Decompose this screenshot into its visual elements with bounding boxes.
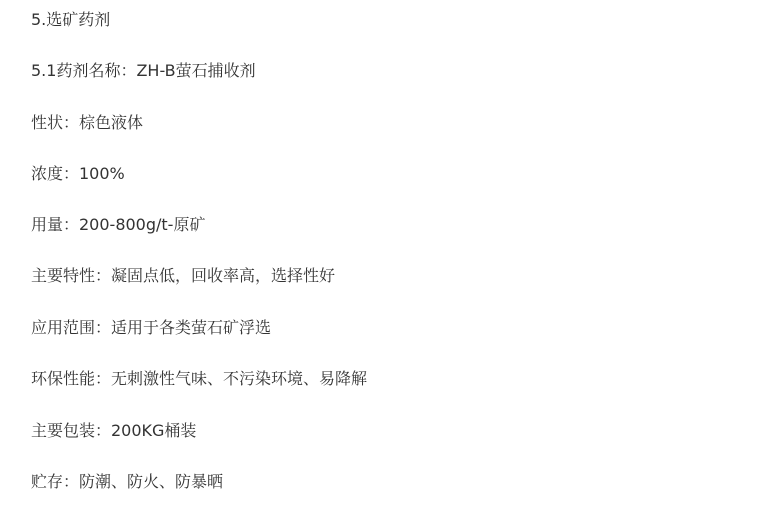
section-title: 5.选矿药剂 xyxy=(31,8,110,32)
concentration-line: 浓度：100% xyxy=(31,162,125,186)
main-properties-line: 主要特性：凝固点低，回收率高，选择性好 xyxy=(31,264,335,288)
reagent-name-line: 5.1药剂名称：ZH-B萤石捕收剂 xyxy=(31,59,256,83)
application-scope-line: 应用范围：适用于各类萤石矿浮选 xyxy=(31,316,271,340)
storage-line: 贮存：防潮、防火、防暴晒 xyxy=(31,470,223,494)
appearance-line: 性状：棕色液体 xyxy=(31,111,143,135)
environmental-performance-line: 环保性能：无刺激性气味、不污染环境、易降解 xyxy=(31,367,367,391)
packaging-line: 主要包装：200KG桶装 xyxy=(31,419,196,443)
dosage-line: 用量：200-800g/t-原矿 xyxy=(31,213,205,237)
